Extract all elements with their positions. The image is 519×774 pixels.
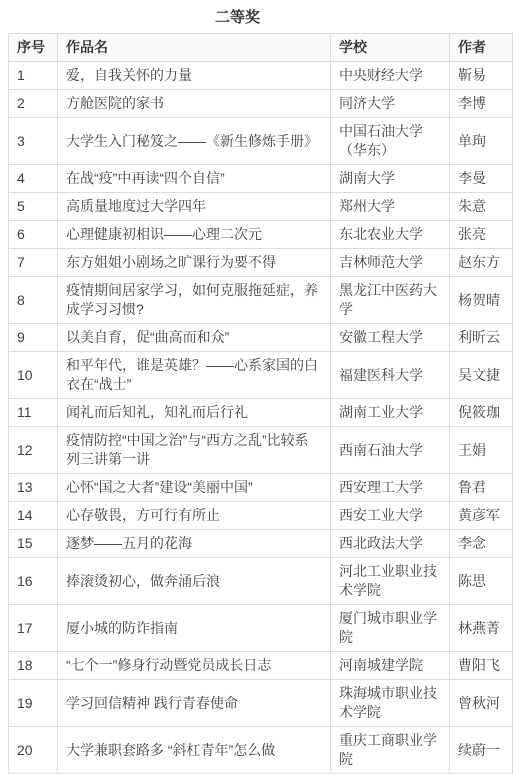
cell-title: 高质量地度过大学四年 bbox=[58, 193, 331, 221]
cell-no: 18 bbox=[9, 652, 58, 680]
page-title: 二等奖 bbox=[0, 8, 475, 28]
table-row: 3大学生入门秘笈之——《新生修炼手册》中国石油大学（华东）单珣 bbox=[9, 118, 513, 165]
cell-no: 7 bbox=[9, 249, 58, 277]
cell-no: 14 bbox=[9, 502, 58, 530]
cell-school: 西安工业大学 bbox=[331, 502, 450, 530]
cell-author: 黄彦军 bbox=[450, 502, 513, 530]
cell-school: 厦门城市职业学院 bbox=[331, 605, 450, 652]
table-row: 8疫情期间居家学习，如何克服拖延症，养成学习习惯?黑龙江中医药大学杨贺晴 bbox=[9, 277, 513, 324]
cell-author: 杨贺晴 bbox=[450, 277, 513, 324]
cell-author: 朱意 bbox=[450, 193, 513, 221]
cell-school: 郑州大学 bbox=[331, 193, 450, 221]
cell-school: 中国石油大学（华东） bbox=[331, 118, 450, 165]
cell-title: “七个一”修身行动暨党员成长日志 bbox=[58, 652, 331, 680]
table-row: 5高质量地度过大学四年郑州大学朱意 bbox=[9, 193, 513, 221]
cell-no: 20 bbox=[9, 727, 58, 774]
cell-title: 方舱医院的家书 bbox=[58, 90, 331, 118]
awards-table: 序号 作品名 学校 作者 1爱，自我关怀的力量中央财经大学靳易2方舱医院的家书同… bbox=[8, 33, 513, 774]
table-row: 9以美自育，促“曲高而和众”安徽工程大学利昕云 bbox=[9, 324, 513, 352]
cell-title: 心存敬畏，方可行有所止 bbox=[58, 502, 331, 530]
column-header-author: 作者 bbox=[450, 34, 513, 62]
table-row: 15逐梦——五月的花海西北政法大学李念 bbox=[9, 530, 513, 558]
cell-author: 单珣 bbox=[450, 118, 513, 165]
cell-author: 倪筱珈 bbox=[450, 399, 513, 427]
cell-school: 河北工业职业技术学院 bbox=[331, 558, 450, 605]
cell-school: 河南城建学院 bbox=[331, 652, 450, 680]
cell-school: 珠海城市职业技术学院 bbox=[331, 680, 450, 727]
cell-author: 林燕菁 bbox=[450, 605, 513, 652]
cell-title: 大学生入门秘笈之——《新生修炼手册》 bbox=[58, 118, 331, 165]
cell-title: 厦小城的防诈指南 bbox=[58, 605, 331, 652]
cell-author: 靳易 bbox=[450, 62, 513, 90]
cell-school: 中央财经大学 bbox=[331, 62, 450, 90]
table-row: 2方舱医院的家书同济大学李博 bbox=[9, 90, 513, 118]
cell-school: 湖南工业大学 bbox=[331, 399, 450, 427]
cell-author: 赵东方 bbox=[450, 249, 513, 277]
cell-no: 12 bbox=[9, 427, 58, 474]
cell-no: 13 bbox=[9, 474, 58, 502]
column-header-no: 序号 bbox=[9, 34, 58, 62]
cell-author: 利昕云 bbox=[450, 324, 513, 352]
cell-school: 重庆工商职业学院 bbox=[331, 727, 450, 774]
cell-title: 以美自育，促“曲高而和众” bbox=[58, 324, 331, 352]
cell-school: 同济大学 bbox=[331, 90, 450, 118]
cell-author: 李博 bbox=[450, 90, 513, 118]
cell-author: 王娟 bbox=[450, 427, 513, 474]
table-header-row: 序号 作品名 学校 作者 bbox=[9, 34, 513, 62]
cell-author: 鲁君 bbox=[450, 474, 513, 502]
cell-no: 15 bbox=[9, 530, 58, 558]
cell-title: 爱，自我关怀的力量 bbox=[58, 62, 331, 90]
cell-author: 曾秋河 bbox=[450, 680, 513, 727]
table-row: 4在战“疫”中再读“四个自信”湖南大学李曼 bbox=[9, 165, 513, 193]
cell-title: 东方姐姐小剧场之旷课行为要不得 bbox=[58, 249, 331, 277]
column-header-title: 作品名 bbox=[58, 34, 331, 62]
table-row: 14心存敬畏，方可行有所止西安工业大学黄彦军 bbox=[9, 502, 513, 530]
cell-author: 吴文捷 bbox=[450, 352, 513, 399]
table-body: 1爱，自我关怀的力量中央财经大学靳易2方舱医院的家书同济大学李博3大学生入门秘笈… bbox=[9, 62, 513, 774]
cell-school: 东北农业大学 bbox=[331, 221, 450, 249]
cell-no: 3 bbox=[9, 118, 58, 165]
cell-no: 1 bbox=[9, 62, 58, 90]
cell-no: 9 bbox=[9, 324, 58, 352]
table-row: 6心理健康初相识——心理二次元东北农业大学张亮 bbox=[9, 221, 513, 249]
page: 二等奖 序号 作品名 学校 作者 1爱，自我关怀的力量中央财经大学靳易2方舱医院… bbox=[0, 0, 519, 774]
table-row: 16捧滚烫初心，做奔涌后浪河北工业职业技术学院陈思 bbox=[9, 558, 513, 605]
cell-title: 疫情防控“中国之治”与“西方之乱”比较系列三讲第一讲 bbox=[58, 427, 331, 474]
cell-author: 张亮 bbox=[450, 221, 513, 249]
cell-no: 5 bbox=[9, 193, 58, 221]
cell-title: 在战“疫”中再读“四个自信” bbox=[58, 165, 331, 193]
cell-no: 17 bbox=[9, 605, 58, 652]
cell-no: 6 bbox=[9, 221, 58, 249]
cell-school: 吉林师范大学 bbox=[331, 249, 450, 277]
cell-no: 4 bbox=[9, 165, 58, 193]
cell-title: 学习回信精神 践行青春使命 bbox=[58, 680, 331, 727]
cell-author: 李念 bbox=[450, 530, 513, 558]
cell-school: 湖南大学 bbox=[331, 165, 450, 193]
cell-title: 和平年代，谁是英雄？——心系家国的白衣在“战士” bbox=[58, 352, 331, 399]
cell-school: 黑龙江中医药大学 bbox=[331, 277, 450, 324]
cell-school: 安徽工程大学 bbox=[331, 324, 450, 352]
cell-author: 续蔚一 bbox=[450, 727, 513, 774]
cell-title: 逐梦——五月的花海 bbox=[58, 530, 331, 558]
table-row: 12疫情防控“中国之治”与“西方之乱”比较系列三讲第一讲西南石油大学王娟 bbox=[9, 427, 513, 474]
cell-author: 曹阳飞 bbox=[450, 652, 513, 680]
cell-no: 2 bbox=[9, 90, 58, 118]
cell-title: 捧滚烫初心，做奔涌后浪 bbox=[58, 558, 331, 605]
cell-author: 陈思 bbox=[450, 558, 513, 605]
table-row: 18“七个一”修身行动暨党员成长日志河南城建学院曹阳飞 bbox=[9, 652, 513, 680]
cell-title: 闻礼而后知礼，知礼而后行礼 bbox=[58, 399, 331, 427]
table-row: 13心怀“国之大者”建设“美丽中国”西安理工大学鲁君 bbox=[9, 474, 513, 502]
cell-no: 11 bbox=[9, 399, 58, 427]
table-row: 1爱，自我关怀的力量中央财经大学靳易 bbox=[9, 62, 513, 90]
table-row: 10和平年代，谁是英雄？——心系家国的白衣在“战士”福建医科大学吴文捷 bbox=[9, 352, 513, 399]
cell-title: 疫情期间居家学习，如何克服拖延症，养成学习习惯? bbox=[58, 277, 331, 324]
table-row: 11闻礼而后知礼，知礼而后行礼湖南工业大学倪筱珈 bbox=[9, 399, 513, 427]
cell-author: 李曼 bbox=[450, 165, 513, 193]
cell-no: 16 bbox=[9, 558, 58, 605]
table-row: 17厦小城的防诈指南厦门城市职业学院林燕菁 bbox=[9, 605, 513, 652]
table-row: 19学习回信精神 践行青春使命珠海城市职业技术学院曾秋河 bbox=[9, 680, 513, 727]
table-row: 7东方姐姐小剧场之旷课行为要不得吉林师范大学赵东方 bbox=[9, 249, 513, 277]
table-row: 20大学兼职套路多 “斜杠青年”怎么做重庆工商职业学院续蔚一 bbox=[9, 727, 513, 774]
cell-title: 心怀“国之大者”建设“美丽中国” bbox=[58, 474, 331, 502]
cell-no: 19 bbox=[9, 680, 58, 727]
cell-no: 10 bbox=[9, 352, 58, 399]
cell-title: 大学兼职套路多 “斜杠青年”怎么做 bbox=[58, 727, 331, 774]
cell-school: 福建医科大学 bbox=[331, 352, 450, 399]
cell-school: 西南石油大学 bbox=[331, 427, 450, 474]
cell-school: 西北政法大学 bbox=[331, 530, 450, 558]
column-header-school: 学校 bbox=[331, 34, 450, 62]
cell-title: 心理健康初相识——心理二次元 bbox=[58, 221, 331, 249]
cell-no: 8 bbox=[9, 277, 58, 324]
cell-school: 西安理工大学 bbox=[331, 474, 450, 502]
